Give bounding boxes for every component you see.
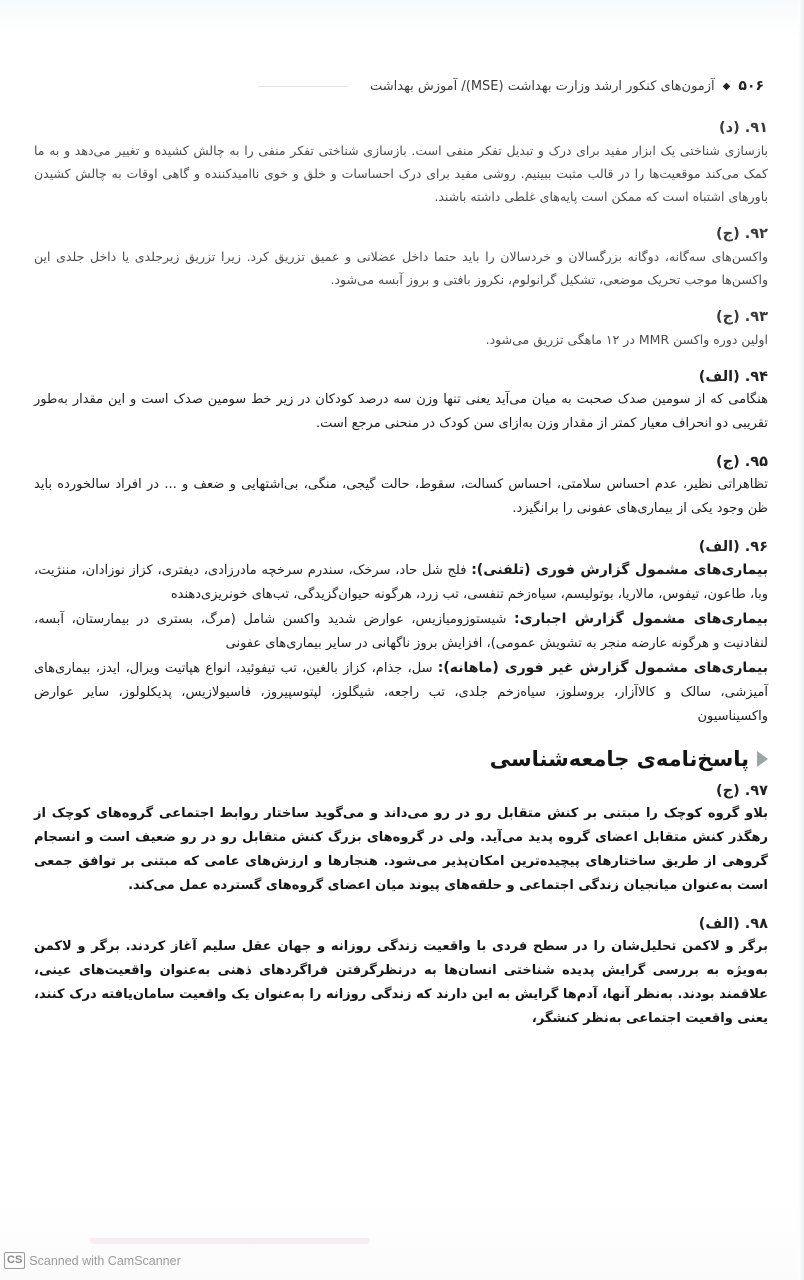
answer-number: ۹۴. (الف) — [34, 369, 768, 385]
answer-text: برگر و لاکمن تحلیل‌شان را در سطح فردی با… — [34, 935, 768, 1031]
triangle-pointer-icon — [757, 751, 768, 767]
answer-text: بلاو گروه کوچک را مبتنی بر کنش متقابل رو… — [34, 802, 768, 898]
watermark-text: Scanned with CamScanner — [29, 1254, 180, 1268]
answer-number: ۹۲. (ج) — [34, 226, 768, 242]
answer-93: ۹۳. (ج) اولین دوره واکسن MMR در ۱۲ ماهگی… — [34, 309, 768, 351]
answer-number: ۹۶. (الف) — [34, 539, 768, 555]
answer-number: ۹۱. (د) — [34, 120, 768, 136]
answer-number: ۹۳. (ج) — [34, 309, 768, 325]
scan-smudge — [90, 1238, 370, 1244]
disease-list-mandatory: بیماری‌های مشمول گزارش اجباری: شیستوزومی… — [34, 607, 768, 656]
disease-list-monthly: بیماری‌های مشمول گزارش غیر فوری (ماهانه)… — [34, 656, 768, 729]
term-monthly-report: بیماری‌های مشمول گزارش غیر فوری (ماهانه)… — [438, 660, 768, 676]
answer-96: ۹۶. (الف) بیماری‌های مشمول گزارش فوری (ت… — [34, 539, 768, 729]
section-title: پاسخ‌نامه‌ی جامعه‌شناسی — [490, 747, 749, 771]
running-header: ۵۰۶ ◆ آزمون‌های کنکور ارشد وزارت بهداشت … — [40, 78, 764, 94]
camscanner-watermark: CS Scanned with CamScanner — [4, 1252, 181, 1269]
scanned-page: ۵۰۶ ◆ آزمون‌های کنکور ارشد وزارت بهداشت … — [0, 0, 804, 1280]
term-urgent-report: بیماری‌های مشمول گزارش فوری (تلفنی): — [471, 562, 768, 578]
answer-text: واکسن‌های سه‌گانه، دوگانه بزرگسالان و خر… — [34, 245, 768, 291]
answer-text: هنگامی که از سومین صدک صحبت به میان می‌آ… — [34, 388, 768, 436]
answer-number: ۹۵. (ج) — [34, 454, 768, 470]
answer-95: ۹۵. (ج) تظاهراتی نظیر، عدم احساس سلامتی،… — [34, 454, 768, 521]
answer-number: ۹۸. (الف) — [34, 916, 768, 932]
answer-94: ۹۴. (الف) هنگامی که از سومین صدک صحبت به… — [34, 369, 768, 436]
answer-98: ۹۸. (الف) برگر و لاکمن تحلیل‌شان را در س… — [34, 916, 768, 1031]
answer-text: بازسازی شناختی یک ابزار مفید برای درک و … — [34, 139, 768, 208]
answer-number: ۹۷. (ج) — [34, 783, 768, 799]
page-content: ۹۱. (د) بازسازی شناختی یک ابزار مفید برا… — [34, 120, 768, 1049]
header-rule — [258, 86, 348, 87]
term-mandatory-report: بیماری‌های مشمول گزارش اجباری: — [514, 611, 768, 627]
page-number: ۵۰۶ — [738, 78, 764, 94]
answer-91: ۹۱. (د) بازسازی شناختی یک ابزار مفید برا… — [34, 120, 768, 208]
answer-text: تظاهراتی نظیر، عدم احساس سلامتی، احساس ک… — [34, 473, 768, 521]
diamond-bullet-icon: ◆ — [723, 81, 731, 92]
camscanner-logo-icon: CS — [4, 1252, 25, 1269]
page-edge-shadow — [798, 0, 804, 1280]
disease-list-urgent: بیماری‌های مشمول گزارش فوری (تلفنی): فلج… — [34, 558, 768, 607]
answer-97: ۹۷. (ج) بلاو گروه کوچک را مبتنی بر کنش م… — [34, 783, 768, 898]
section-heading: پاسخ‌نامه‌ی جامعه‌شناسی — [34, 747, 768, 771]
answer-text: اولین دوره واکسن MMR در ۱۲ ماهگی تزریق م… — [34, 328, 768, 351]
book-title: آزمون‌های کنکور ارشد وزارت بهداشت (MSE)/… — [370, 79, 715, 94]
answer-92: ۹۲. (ج) واکسن‌های سه‌گانه، دوگانه بزرگسا… — [34, 226, 768, 291]
